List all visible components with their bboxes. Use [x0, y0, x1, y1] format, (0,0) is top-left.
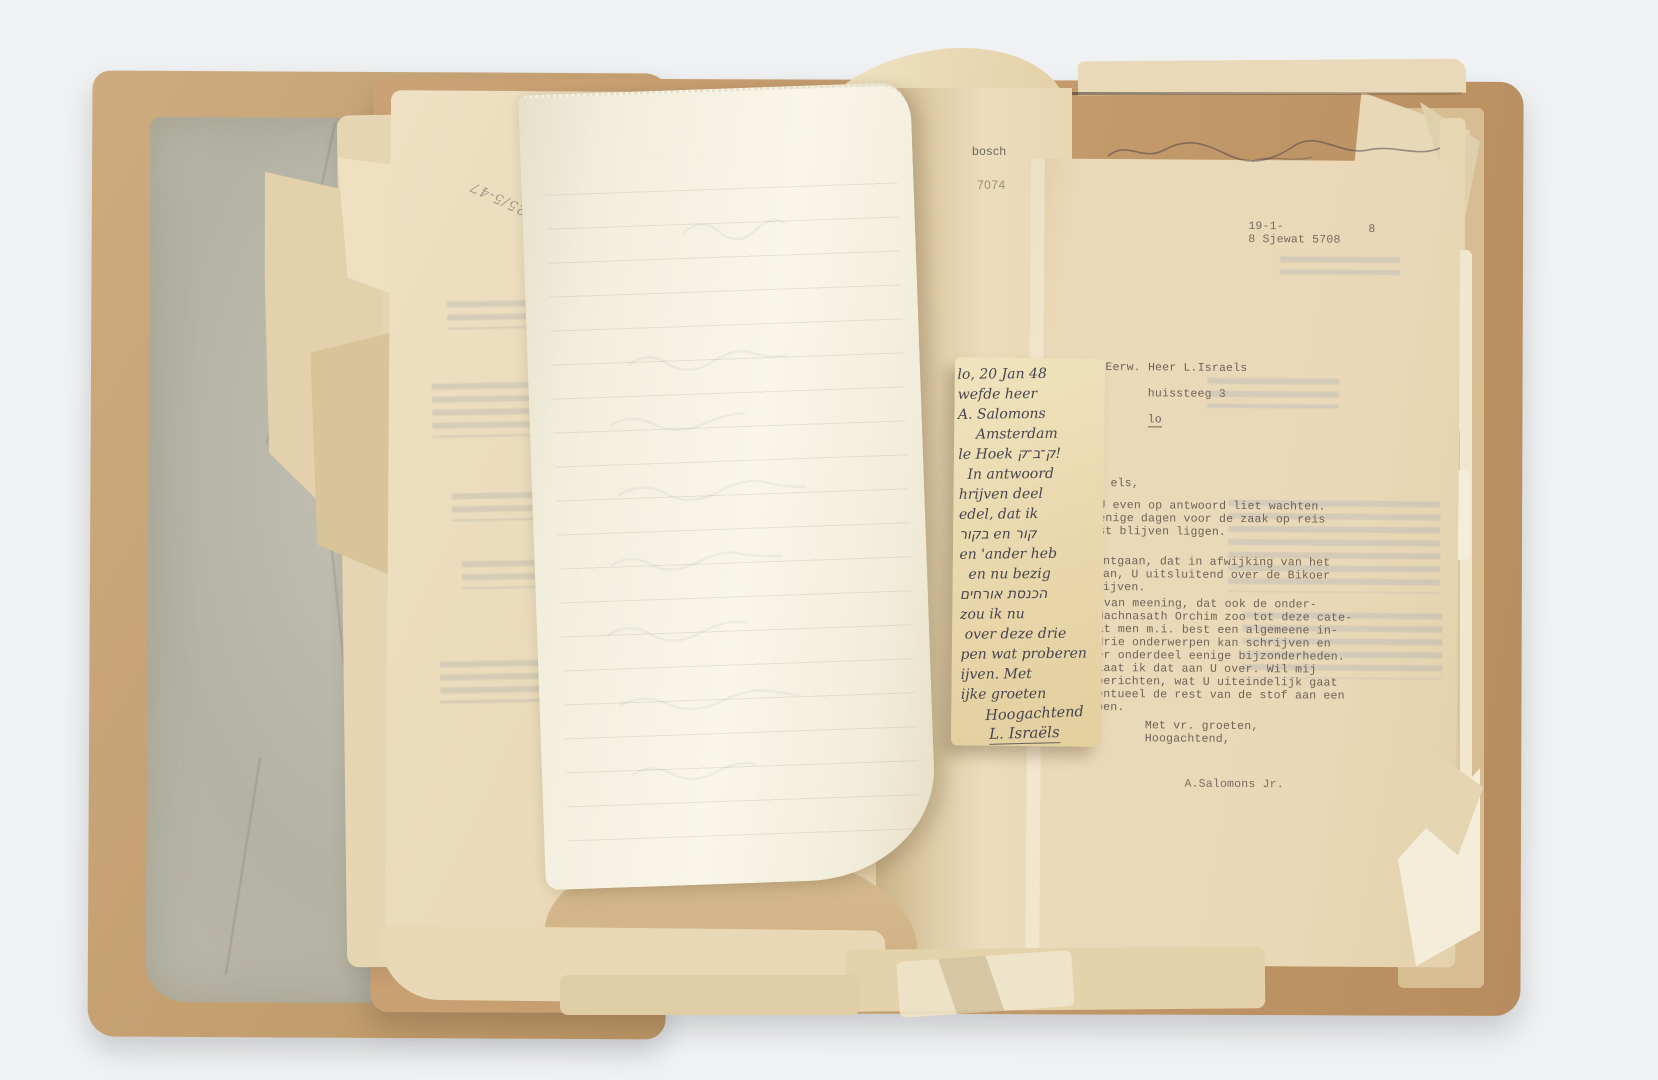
faint-cursive-handwriting	[1102, 134, 1446, 166]
letter-page-number: 8	[1368, 223, 1375, 236]
letterhead-fragment-line1: bosch	[972, 144, 1007, 158]
letter-paragraph-3: n van meening, dat ook de onder- Hachnas…	[1089, 597, 1353, 716]
ghost-carbon-text	[1207, 378, 1339, 409]
photo-of-document-lot: 25/5-47 bosch 7074 19-1- 8 Sjewat 5708 8…	[0, 0, 1658, 1080]
address-line1: Eerw. Heer L.Israels	[1105, 361, 1247, 375]
letter-paragraph-2: ontgaan, dat in afwijking van het lan, U…	[1096, 555, 1331, 596]
ghost-handwriting-bleedthrough	[561, 166, 914, 837]
letter-paragraph-1: U even op antwoord liet wachten. enige d…	[1098, 499, 1326, 540]
ghost-carbon-text	[1280, 256, 1400, 275]
handwritten-postcard: lo, 20 Jan 48 wefde heer A. Salomons Ams…	[951, 357, 1105, 747]
letter-salutation: els,	[1111, 477, 1139, 490]
paper-edge-top	[1078, 59, 1466, 96]
postcard-handwriting: lo, 20 Jan 48 wefde heer A. Salomons Ams…	[957, 363, 1105, 705]
postcard-signature: L. Israëls	[989, 723, 1060, 745]
letterhead-fragment-line2: 7074	[977, 178, 1006, 192]
postcard-closing: Hoogachtend	[985, 704, 1084, 724]
address-line3: lo	[1148, 413, 1162, 427]
letter-closing: Met vr. groeten, Hoogachtend,	[1145, 719, 1259, 746]
letter-typed-signature: A.Salomons Jr.	[1184, 778, 1284, 792]
white-lined-sheet	[518, 82, 938, 890]
letter-dateline: 19-1- 8 Sjewat 5708	[1248, 220, 1341, 247]
bottom-paper-edge	[560, 975, 860, 1015]
